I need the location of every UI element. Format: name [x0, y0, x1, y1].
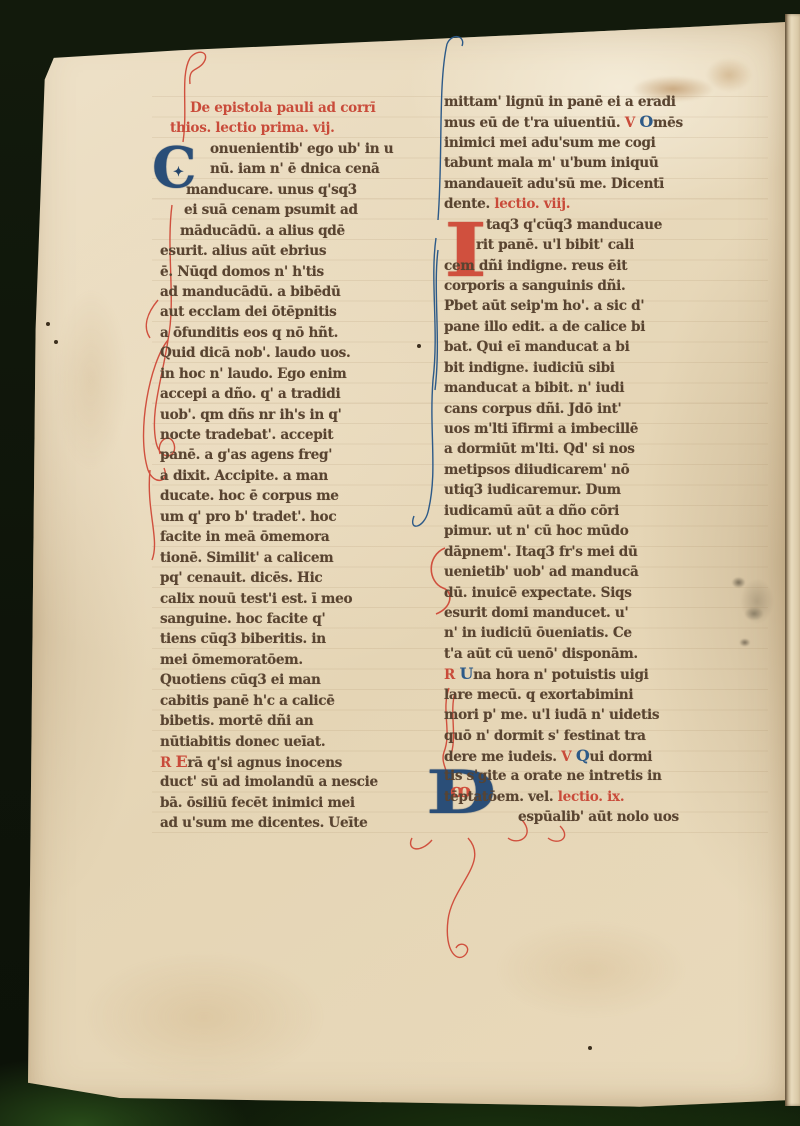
text-segment: t'a aūt cū uenō' disponām. — [444, 646, 638, 662]
text-segment: na hora n' potuistis uigi — [473, 667, 648, 683]
text-line: esurit domi manducet. u' — [444, 603, 740, 623]
text-line: t'a aūt cū uenō' disponām. — [444, 644, 740, 664]
text-line: inimici mei adu'sum me cogi — [444, 133, 740, 153]
text-line: onuenientib' ego ub' in u — [160, 139, 456, 159]
text-line: panē. a g'as agens freg' — [160, 445, 456, 465]
text-line: uos m'lti īfirmi a imbecillē — [444, 419, 740, 439]
text-segment: dū. inuicē expectate. Siqs — [444, 585, 632, 601]
text-line: facite in meā ōmemora — [160, 527, 456, 547]
text-segment: mori p' me. u'l iudā n' uidetis — [444, 707, 659, 723]
text-segment: ui dormi — [589, 749, 652, 765]
text-segment: facite in meā ōmemora — [160, 529, 329, 545]
text-line: tionē. Similit' a calicem — [160, 548, 456, 568]
book-fore-edge-pages — [785, 14, 800, 1106]
text-segment: mandaueīt adu'sū me. Dicentī — [444, 176, 664, 192]
text-line: bā. ōsiliū fecēt inimici mei — [160, 793, 456, 813]
text-segment: lare mecū. q exortabimini — [444, 687, 633, 703]
text-segment: calix nouū test'i est. ī meo — [160, 591, 352, 607]
text-line: duct' sū ad imolandū a nescie — [160, 772, 456, 792]
text-line: rit panē. u'l bibit' cali — [444, 235, 740, 255]
text-segment: manducare. unus q'sq3 — [186, 182, 357, 198]
text-segment: rā q'si agnus inocens — [187, 755, 342, 771]
text-segment: esurit. alius aūt ebrius — [160, 243, 326, 259]
text-segment: tis s'gite a orate ne intretis in — [444, 768, 662, 784]
text-line: ad u'sum me dicentes. Ueīte — [160, 813, 456, 833]
text-segment: māducādū. a alius qdē — [180, 223, 345, 239]
text-line: māducādū. a alius qdē — [160, 221, 456, 241]
text-segment: uob'. qm dñs nr ih's in q' — [160, 407, 342, 423]
photograph-background: { "document": { "title_rubric": "De epis… — [0, 0, 800, 1126]
text-segment: onuenientib' ego ub' in u — [210, 141, 393, 157]
text-segment: pimur. ut n' cū hoc mūdo — [444, 523, 628, 539]
text-segment: Quid dicā nob'. laudo uos. — [160, 345, 350, 361]
text-segment: bit indigne. iudiciū sibi — [444, 360, 615, 376]
text-segment: Pbet aūt seip'm ho'. a sic d' — [444, 298, 644, 314]
text-line: Quid dicā nob'. laudo uos. — [160, 343, 456, 363]
text-line: mus eū de t'ra uiuentiū. V Omēs — [444, 112, 740, 132]
text-line: R Erā q'si agnus inocens — [160, 752, 456, 772]
text-segment: a ōfunditis eos q nō hñt. — [160, 325, 338, 341]
text-line: lare mecū. q exortabimini — [444, 685, 740, 705]
rubric-segment: lectio. ix. — [558, 789, 625, 805]
text-line: iudicamū aūt a dño cōri — [444, 501, 740, 521]
text-line: cabitis panē h'c a calicē — [160, 691, 456, 711]
text-segment: a dixit. Accipite. a man — [160, 468, 328, 484]
text-segment: n' in iudiciū ōueniatis. Ce — [444, 625, 632, 641]
text-segment: nūtiabitis donec ueīat. — [160, 734, 325, 750]
text-line: dente. lectio. viij. — [444, 194, 740, 214]
text-segment: tēptatōem. vel. — [444, 789, 558, 805]
text-segment: manducat a bibit. n' iudi — [444, 380, 624, 396]
text-segment: ad u'sum me dicentes. Ueīte — [160, 815, 368, 831]
text-segment: mēs — [653, 115, 683, 131]
text-segment: um q' pro b' tradet'. hoc — [160, 509, 336, 525]
text-segment: cabitis panē h'c a calicē — [160, 693, 335, 709]
text-line: nū. iam n' ē dnica cenā — [160, 159, 456, 179]
text-segment: tionē. Similit' a calicem — [160, 550, 333, 566]
text-segment: bā. ōsiliū fecēt inimici mei — [160, 795, 355, 811]
text-line: n' in iudiciū ōueniatis. Ce — [444, 623, 740, 643]
rubric-segment: De epistola pauli ad corrī — [190, 100, 376, 116]
text-line: bat. Qui eī manducat a bi — [444, 337, 740, 357]
text-line: Pbet aūt seip'm ho'. a sic d' — [444, 296, 740, 316]
text-segment: uos m'lti īfirmi a imbecillē — [444, 421, 638, 437]
text-segment: ē. Nūqd domos n' h'tis — [160, 264, 324, 280]
text-line: nūtiabitis donec ueīat. — [160, 732, 456, 752]
text-line: cem dñi indigne. reus ēit — [444, 256, 740, 276]
text-line: pimur. ut n' cū hoc mūdo — [444, 521, 740, 541]
text-line: tēptatōem. vel. lectio. ix. — [444, 787, 740, 807]
text-segment: esurit domi manducet. u' — [444, 605, 628, 621]
rubric-segment: U — [459, 664, 473, 683]
rubric-segment: R — [160, 755, 175, 771]
text-segment: cans corpus dñi. Jdō int' — [444, 401, 621, 417]
text-column-right: mittam' lignū in panē ei a eradimus eū d… — [444, 92, 740, 828]
text-segment: mittam' lignū in panē ei a eradi — [444, 94, 676, 110]
text-line: bit indigne. iudiciū sibi — [444, 358, 740, 378]
text-line: um q' pro b' tradet'. hoc — [160, 507, 456, 527]
text-segment: dere me iudeis. — [444, 749, 561, 765]
text-segment: utiq3 iudicaremur. Dum — [444, 482, 621, 498]
text-segment: bat. Qui eī manducat a bi — [444, 339, 630, 355]
text-segment: inimici mei adu'sum me cogi — [444, 135, 656, 151]
text-segment: pq' cenauit. dicēs. Hic — [160, 570, 322, 586]
text-segment: uenietib' uob' ad manducā — [444, 564, 639, 580]
text-line: taq3 q'cūq3 manducaue — [444, 215, 740, 235]
text-line: mittam' lignū in panē ei a eradi — [444, 92, 740, 112]
rubric-segment: V — [625, 115, 640, 131]
text-line: Quotiens cūq3 ei man — [160, 670, 456, 690]
text-segment: panē. a g'as agens freg' — [160, 447, 332, 463]
text-line: espūalib' aūt nolo uos — [444, 807, 740, 827]
text-segment: iudicamū aūt a dño cōri — [444, 503, 619, 519]
text-line: aut ecclam dei ōtēpnitis — [160, 302, 456, 322]
text-line: uob'. qm dñs nr ih's in q' — [160, 405, 456, 425]
text-line: esurit. alius aūt ebrius — [160, 241, 456, 261]
rubric-segment: V — [561, 749, 576, 765]
text-line: De epistola pauli ad corrī — [160, 98, 456, 118]
parchment-speck — [46, 322, 50, 326]
text-line: nocte tradebat'. accepit — [160, 425, 456, 445]
parchment-speck — [588, 1046, 592, 1050]
rubric-segment: R — [444, 667, 459, 683]
text-segment: a dormiūt m'lti. Qd' si nos — [444, 441, 635, 457]
text-segment: corporis a sanguinis dñi. — [444, 278, 625, 294]
text-segment: dāpnem'. Itaq3 fr's mei dū — [444, 544, 638, 560]
text-line: mori p' me. u'l iudā n' uidetis — [444, 705, 740, 725]
text-line: tis s'gite a orate ne intretis in — [444, 766, 740, 786]
text-column-left: De epistola pauli ad corrīthios. lectio … — [160, 98, 456, 834]
text-segment: bibetis. mortē dñi an — [160, 713, 313, 729]
text-line: tabunt mala m' u'bum iniquū — [444, 153, 740, 173]
rubric-segment: E — [175, 752, 187, 771]
text-segment: mei ōmemoratōem. — [160, 652, 303, 668]
text-segment: nocte tradebat'. accepit — [160, 427, 333, 443]
text-segment: rit panē. u'l bibit' cali — [476, 237, 634, 253]
text-line: dere me iudeis. V Qui dormi — [444, 746, 740, 766]
text-line: manducat a bibit. n' iudi — [444, 378, 740, 398]
text-segment: accepi a dño. q' a tradidi — [160, 386, 340, 402]
text-segment: ei suā cenam psumit ad — [184, 202, 358, 218]
text-line: pq' cenauit. dicēs. Hic — [160, 568, 456, 588]
rubric-segment: O — [639, 112, 653, 131]
text-line: a dormiūt m'lti. Qd' si nos — [444, 439, 740, 459]
text-segment: espūalib' aūt nolo uos — [518, 809, 679, 825]
text-segment: metipsos diiudicarem' nō — [444, 462, 629, 478]
text-line: corporis a sanguinis dñi. — [444, 276, 740, 296]
text-segment: in hoc n' laudo. Ego enim — [160, 366, 346, 382]
text-segment: ducate. hoc ē corpus me — [160, 488, 339, 504]
text-segment: duct' sū ad imolandū a nescie — [160, 774, 378, 790]
text-line: mei ōmemoratōem. — [160, 650, 456, 670]
text-line: cans corpus dñi. Jdō int' — [444, 399, 740, 419]
parchment-speck — [54, 340, 58, 344]
text-segment: quō n' dormit s' festinat tra — [444, 728, 646, 744]
text-line: calix nouū test'i est. ī meo — [160, 589, 456, 609]
text-line: metipsos diiudicarem' nō — [444, 460, 740, 480]
text-line: dāpnem'. Itaq3 fr's mei dū — [444, 542, 740, 562]
rubric-segment: lectio. viij. — [494, 196, 570, 212]
text-line: dū. inuicē expectate. Siqs — [444, 583, 740, 603]
text-segment: nū. iam n' ē dnica cenā — [210, 161, 380, 177]
text-line: pane illo edit. a de calice bi — [444, 317, 740, 337]
text-line: utiq3 iudicaremur. Dum — [444, 480, 740, 500]
text-line: tiens cūq3 biberitis. in — [160, 629, 456, 649]
text-line: R Una hora n' potuistis uigi — [444, 664, 740, 684]
rubric-segment: thios. lectio prima. vij. — [170, 120, 335, 136]
text-segment: ad manducādū. a bibēdū — [160, 284, 341, 300]
text-segment: cem dñi indigne. reus ēit — [444, 258, 627, 274]
rubric-segment: Q — [576, 746, 590, 765]
text-segment: mus eū de t'ra uiuentiū. — [444, 115, 625, 131]
text-segment: pane illo edit. a de calice bi — [444, 319, 645, 335]
text-segment: taq3 q'cūq3 manducaue — [486, 217, 662, 233]
text-segment: dente. — [444, 196, 494, 212]
text-line: ei suā cenam psumit ad — [160, 200, 456, 220]
text-line: quō n' dormit s' festinat tra — [444, 726, 740, 746]
text-segment: tiens cūq3 biberitis. in — [160, 631, 326, 647]
text-line: mandaueīt adu'sū me. Dicentī — [444, 174, 740, 194]
text-segment: aut ecclam dei ōtēpnitis — [160, 304, 337, 320]
text-line: a ōfunditis eos q nō hñt. — [160, 323, 456, 343]
text-line: a dixit. Accipite. a man — [160, 466, 456, 486]
text-line: ad manducādū. a bibēdū — [160, 282, 456, 302]
text-line: ē. Nūqd domos n' h'tis — [160, 262, 456, 282]
text-line: uenietib' uob' ad manducā — [444, 562, 740, 582]
text-line: accepi a dño. q' a tradidi — [160, 384, 456, 404]
text-line: thios. lectio prima. vij. — [160, 118, 456, 138]
text-line: manducare. unus q'sq3 — [160, 180, 456, 200]
text-line: sanguine. hoc facite q' — [160, 609, 456, 629]
text-line: ducate. hoc ē corpus me — [160, 486, 456, 506]
text-line: bibetis. mortē dñi an — [160, 711, 456, 731]
text-segment: Quotiens cūq3 ei man — [160, 672, 321, 688]
text-segment: tabunt mala m' u'bum iniquū — [444, 155, 658, 171]
text-line: in hoc n' laudo. Ego enim — [160, 364, 456, 384]
text-segment: sanguine. hoc facite q' — [160, 611, 325, 627]
